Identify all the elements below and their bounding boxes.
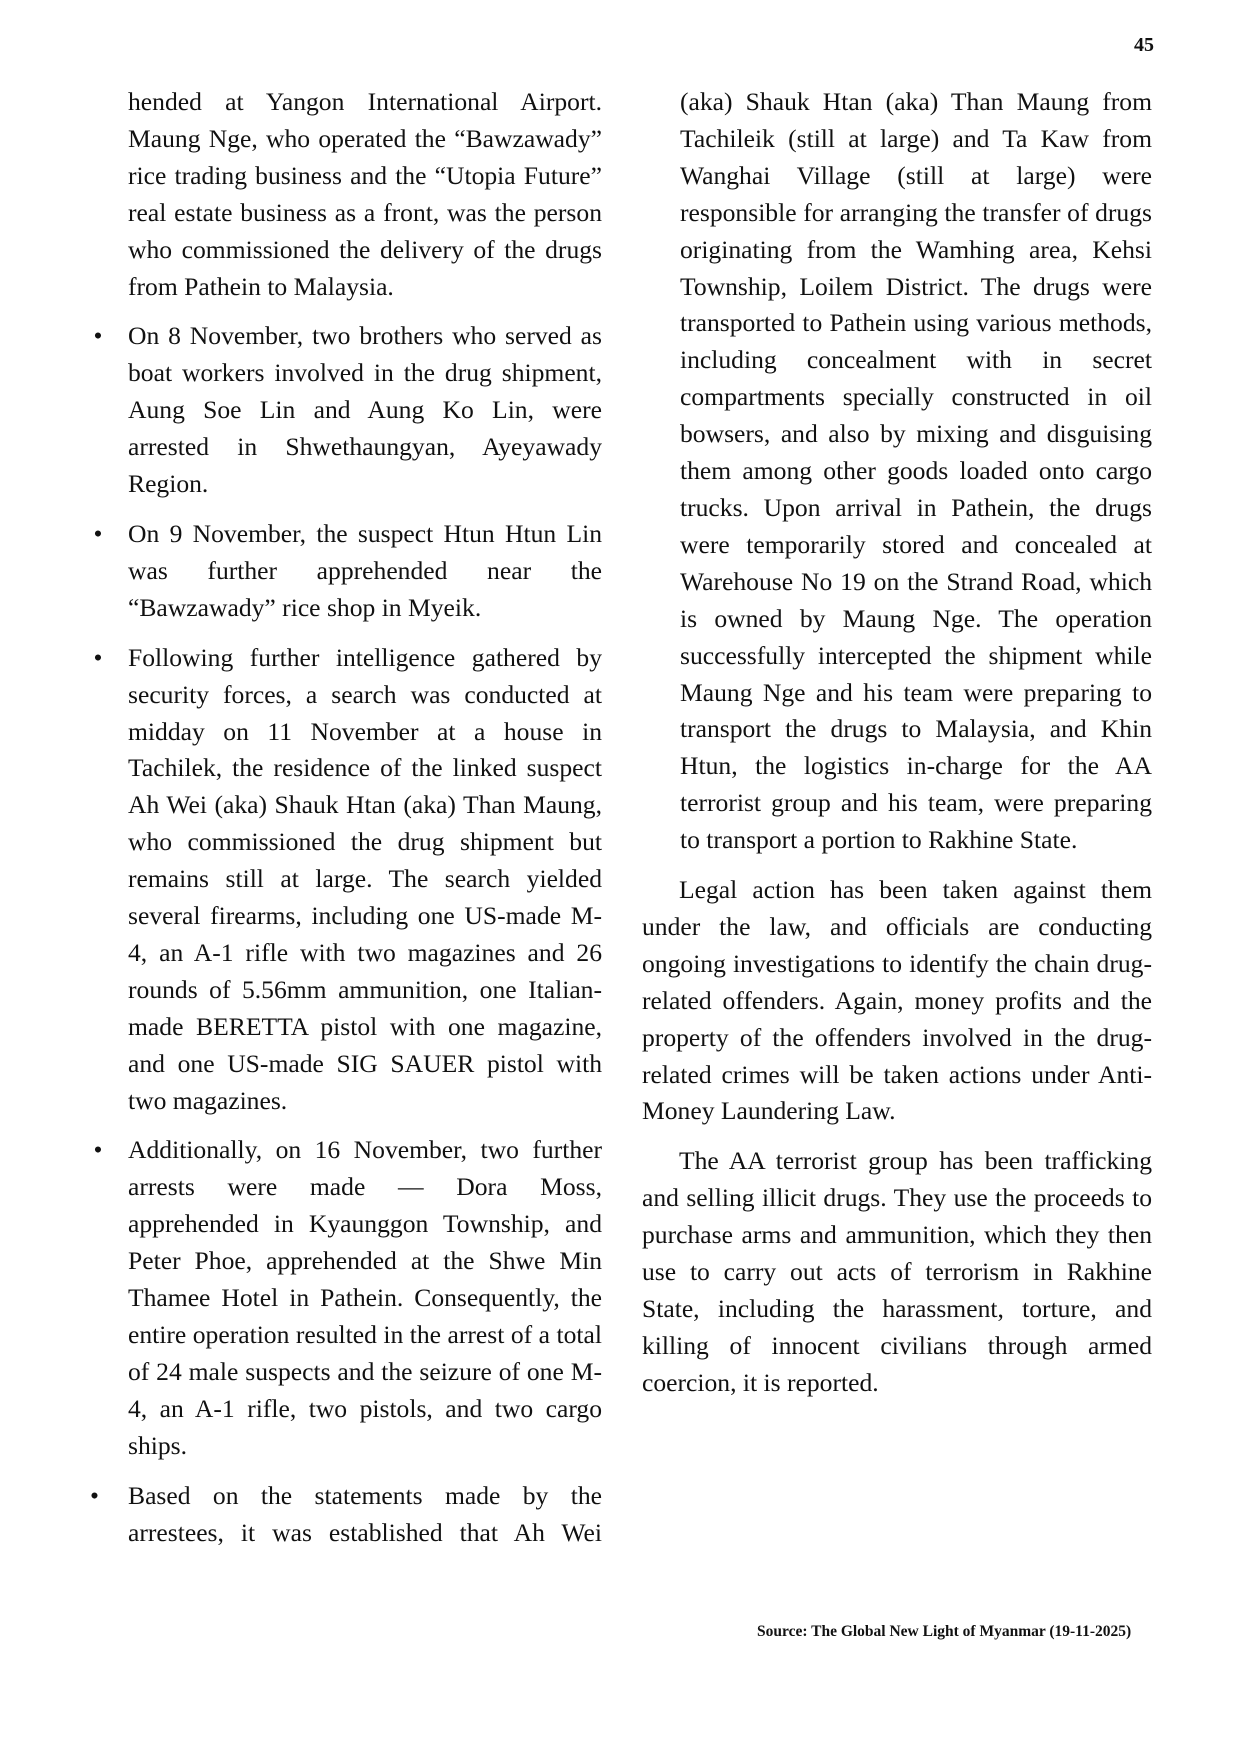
right-column: (aka) Shauk Htan (aka) Than Maung from T… [642, 84, 1152, 1415]
body-paragraph: Legal action has been taken against them… [642, 872, 1152, 1130]
source-citation: Source: The Global New Light of Myanmar … [757, 1623, 1131, 1641]
list-item: • Following further intelligence gathere… [90, 640, 602, 1120]
bullet-icon: • [90, 516, 106, 553]
continued-bullet-text: (aka) Shauk Htan (aka) Than Maung from T… [680, 84, 1152, 859]
bullet-list: • On 8 November, two brothers who served… [90, 318, 602, 1551]
list-item: • Based on the statements made by the ar… [90, 1478, 602, 1552]
list-item-text: Based on the statements made by the arre… [128, 1481, 602, 1547]
bullet-icon: • [90, 318, 106, 355]
list-item-text: Additionally, on 16 November, two furthe… [128, 1135, 602, 1459]
continued-bullet-text: hended at Yangon International Airport. … [128, 84, 602, 305]
list-item-text: On 9 November, the suspect Htun Htun Lin… [128, 519, 602, 622]
bullet-icon: • [90, 1132, 106, 1169]
list-item-text: On 8 November, two brothers who served a… [128, 321, 602, 498]
list-item: • Additionally, on 16 November, two furt… [90, 1132, 602, 1464]
list-item: • On 9 November, the suspect Htun Htun L… [90, 516, 602, 627]
list-item-text: Following further intelligence gathered … [128, 643, 602, 1115]
page-number: 45 [1134, 34, 1154, 57]
list-item: • On 8 November, two brothers who served… [90, 318, 602, 503]
bullet-icon: • [90, 640, 106, 677]
left-column: hended at Yangon International Airport. … [90, 84, 602, 1564]
body-paragraph: The AA terrorist group has been traffick… [642, 1143, 1152, 1401]
bullet-icon: • [90, 1478, 106, 1515]
